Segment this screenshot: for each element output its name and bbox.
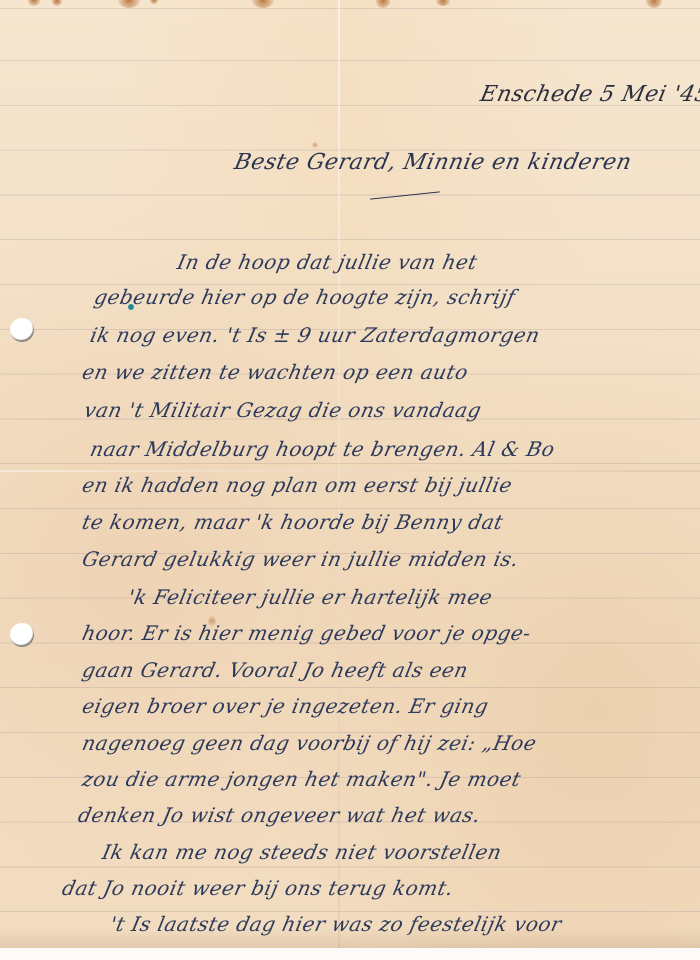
body-line: 'k Feliciteer jullie er hartelijk mee bbox=[126, 585, 495, 609]
body-line: zou die arme jongen het maken". Je moet bbox=[80, 767, 523, 791]
punch-hole bbox=[10, 318, 34, 342]
rust-stain bbox=[118, 0, 140, 8]
body-line: eigen broer over je ingezeten. Er ging bbox=[80, 694, 491, 718]
body-line: hoor. Er is hier menig gebed voor je opg… bbox=[80, 621, 533, 645]
body-line: naar Middelburg hoopt te brengen. Al & B… bbox=[88, 437, 557, 461]
body-line: In de hoop dat jullie van het bbox=[175, 250, 480, 274]
body-line: gaan Gerard. Vooral Jo heeft als een bbox=[80, 658, 471, 682]
ink-blot bbox=[128, 304, 134, 310]
body-line: Ik kan me nog steeds niet voorstellen bbox=[100, 840, 504, 864]
punch-hole bbox=[10, 623, 34, 647]
rust-stain bbox=[312, 142, 318, 148]
scan-margin bbox=[0, 948, 700, 960]
paper-bottom-edge bbox=[0, 928, 700, 948]
place-date: Enschede 5 Mei '45 bbox=[478, 82, 700, 107]
letter-page: Enschede 5 Mei '45 Beste Gerard, Minnie … bbox=[0, 0, 700, 948]
body-line: dat Jo nooit weer bij ons terug komt. bbox=[60, 876, 456, 900]
body-line: denken Jo wist ongeveer wat het was. bbox=[76, 803, 483, 827]
body-line: en we zitten te wachten op een auto bbox=[80, 360, 471, 384]
rust-stain bbox=[252, 0, 274, 8]
salutation: Beste Gerard, Minnie en kinderen bbox=[232, 150, 634, 175]
body-line: te komen, maar 'k hoorde bij Benny dat bbox=[80, 510, 506, 534]
rust-stain bbox=[376, 0, 390, 8]
body-line: ik nog even. 't Is ± 9 uur Zaterdagmorge… bbox=[88, 323, 542, 347]
rust-stain bbox=[28, 0, 40, 6]
body-line: van 't Militair Gezag die ons vandaag bbox=[82, 398, 484, 422]
rust-stain bbox=[150, 0, 158, 4]
rust-stain bbox=[436, 0, 450, 6]
body-line: nagenoeg geen dag voorbij of hij zei: „H… bbox=[80, 731, 539, 755]
salutation-underline bbox=[370, 191, 440, 199]
horizontal-fold-crease bbox=[0, 470, 700, 472]
rust-stain bbox=[52, 0, 62, 6]
rust-stain bbox=[646, 0, 662, 8]
body-line: gebeurde hier op de hoogte zijn, schrijf bbox=[92, 285, 518, 309]
body-line: Gerard gelukkig weer in jullie midden is… bbox=[80, 547, 521, 571]
body-line: en ik hadden nog plan om eerst bij julli… bbox=[80, 473, 515, 497]
